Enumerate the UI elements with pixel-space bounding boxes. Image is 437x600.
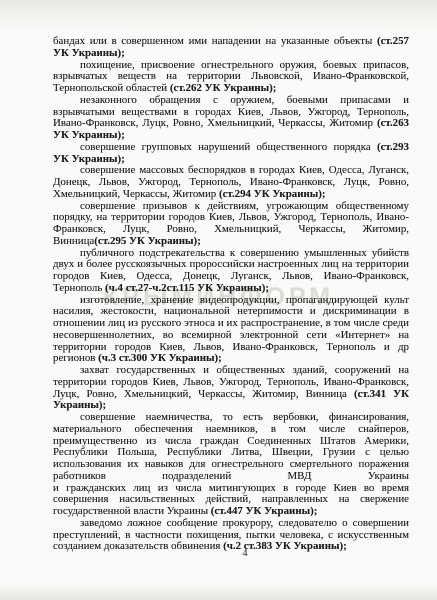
scanned-document-page: КРЫМИНФОРМ бандах или в совершенном ими … bbox=[0, 0, 437, 600]
page-number: 4 bbox=[53, 548, 437, 559]
paragraph: изготовление, хранение видеопродукции, п… bbox=[53, 295, 409, 366]
paragraph: совершение наемничества, то есть вербовк… bbox=[53, 412, 409, 483]
article-reference: (ч.3 ст.300 УК Украины); bbox=[98, 352, 222, 364]
document-text-block: бандах или в совершенном ими нападении н… bbox=[0, 0, 437, 553]
paragraph: бандах или в совершенном ими нападении н… bbox=[53, 36, 409, 60]
article-reference: (ст.294 УК Украины); bbox=[219, 188, 326, 200]
article-reference: (ч.4 ст.27-ч.2ст.115 УК Украины); bbox=[105, 282, 269, 294]
article-reference: (ст.447 УК Украины); bbox=[211, 505, 318, 517]
article-reference: (ст.295 УК Украины); bbox=[94, 235, 201, 247]
scan-edge-shadow-bottom bbox=[0, 584, 437, 600]
paragraph: и гражданских лиц из числа митингующих в… bbox=[53, 483, 409, 518]
paragraph: захват государственных и общественных зд… bbox=[53, 365, 409, 412]
paragraph: похищение, присвоение огнестрельного ору… bbox=[53, 60, 409, 95]
article-reference: (ст.262 УК Украины); bbox=[170, 82, 277, 94]
paragraph: совершение групповых нарушений обществен… bbox=[53, 142, 409, 166]
paragraph: публичного подстрекательства к совершени… bbox=[53, 248, 409, 295]
paragraph: совершение призывов к действиям, угрожаю… bbox=[53, 201, 409, 248]
paragraph: совершение массовых беспорядков в города… bbox=[53, 165, 409, 200]
paragraph-text: совершение групповых нарушений обществен… bbox=[80, 141, 377, 153]
paragraph: незаконного обращения с оружием, боевыми… bbox=[53, 95, 409, 142]
paragraph-text: незаконного обращения с оружием, боевыми… bbox=[53, 94, 409, 130]
paragraph-text: совершение наемничества, то есть вербовк… bbox=[53, 411, 409, 482]
paragraph-text: бандах или в совершенном ими нападении н… bbox=[53, 35, 377, 47]
